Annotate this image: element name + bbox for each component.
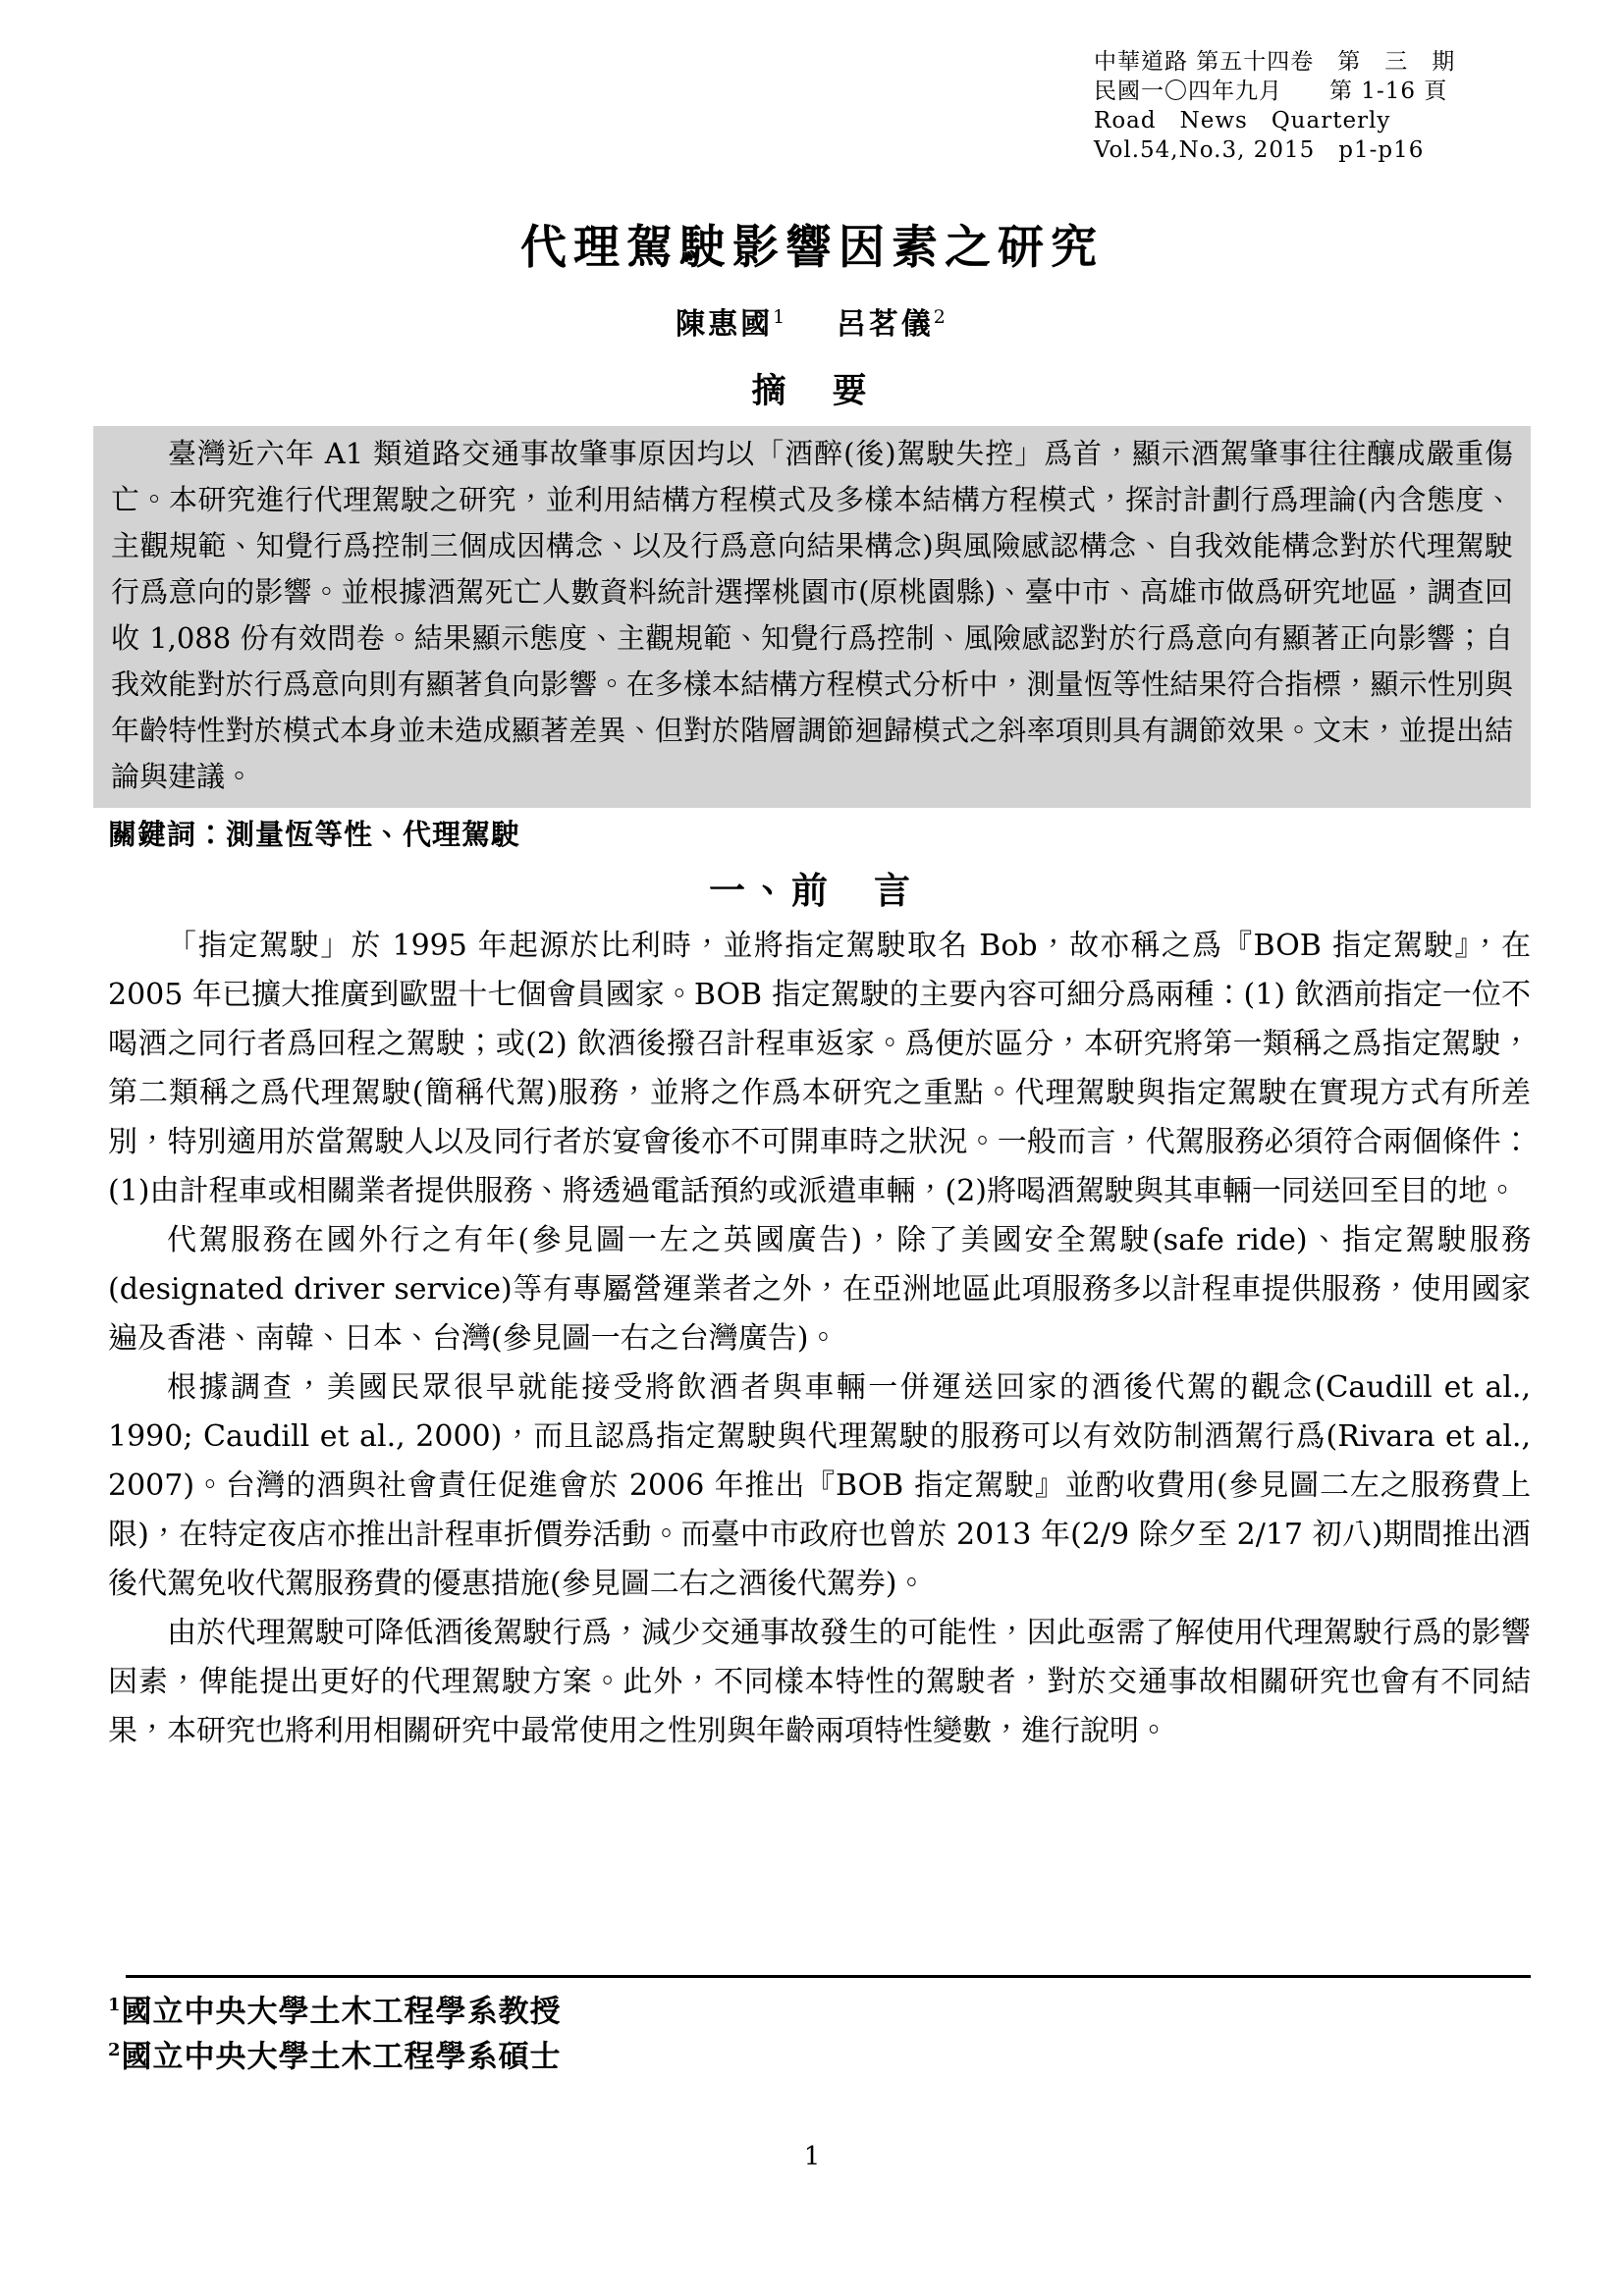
footnote-block: 1國立中央大學土木工程學系教授 2國立中央大學土木工程學系碩士 <box>108 1975 1531 2077</box>
author-2-name: 呂茗儀 <box>837 307 934 342</box>
footnote-2-ref: 2 <box>108 2040 122 2060</box>
footnote-1-text: 國立中央大學土木工程學系教授 <box>122 1994 562 2029</box>
author-2: 呂茗儀2 <box>837 307 948 342</box>
section-1-heading: 一、前 言 <box>0 865 1624 916</box>
journal-header: 中華道路 第五十四卷 第 三 期 民國一〇四年九月 第 1-16 頁 Road … <box>1094 47 1531 165</box>
author-1: 陳惠國1 <box>676 307 787 342</box>
author-1-name: 陳惠國 <box>676 307 773 342</box>
journal-header-line-1: 中華道路 第五十四卷 第 三 期 <box>1094 47 1531 77</box>
footnote-1: 1國立中央大學土木工程學系教授 <box>108 1986 1531 2031</box>
paragraph-2: 代駕服務在國外行之有年(參見圖一左之英國廣告)，除了美國安全駕駛(safe ri… <box>108 1216 1531 1363</box>
abstract-heading: 摘 要 <box>0 369 1624 414</box>
author-1-footnote-ref: 1 <box>773 306 787 328</box>
author-line: 陳惠國1 呂茗儀2 <box>0 296 1624 346</box>
journal-header-line-3: Road News Quarterly <box>1094 106 1531 135</box>
keywords-line: 關鍵詞：測量恆等性、代理駕駛 <box>108 814 1531 855</box>
footnote-1-ref: 1 <box>108 1995 122 2015</box>
paper-page: 中華道路 第五十四卷 第 三 期 民國一〇四年九月 第 1-16 頁 Road … <box>0 0 1624 2296</box>
footnote-divider <box>126 1975 1531 1978</box>
section-1-body: 「指定駕駛」於 1995 年起源於比利時，並將指定駕駛取名 Bob，故亦稱之爲『… <box>108 922 1531 1756</box>
abstract-body: 臺灣近六年 A1 類道路交通事故肇事原因均以「酒醉(後)駕駛失控」爲首，顯示酒駕… <box>93 426 1531 808</box>
journal-header-line-2: 民國一〇四年九月 第 1-16 頁 <box>1094 77 1531 106</box>
footnote-2: 2國立中央大學土木工程學系碩士 <box>108 2031 1531 2076</box>
paragraph-1: 「指定駕駛」於 1995 年起源於比利時，並將指定駕駛取名 Bob，故亦稱之爲『… <box>108 922 1531 1216</box>
footnote-2-text: 國立中央大學土木工程學系碩士 <box>122 2040 562 2075</box>
paragraph-3: 根據調查，美國民眾很早就能接受將飲酒者與車輛一併運送回家的酒後代駕的觀念(Cau… <box>108 1363 1531 1609</box>
journal-header-line-4: Vol.54,No.3, 2015 p1-p16 <box>1094 135 1531 165</box>
author-2-footnote-ref: 2 <box>934 306 948 328</box>
paragraph-4: 由於代理駕駛可降低酒後駕駛行爲，減少交通事故發生的可能性，因此亟需了解使用代理駕… <box>108 1609 1531 1756</box>
page-number: 1 <box>0 2142 1624 2171</box>
paper-title: 代理駕駛影響因素之研究 <box>0 216 1624 281</box>
